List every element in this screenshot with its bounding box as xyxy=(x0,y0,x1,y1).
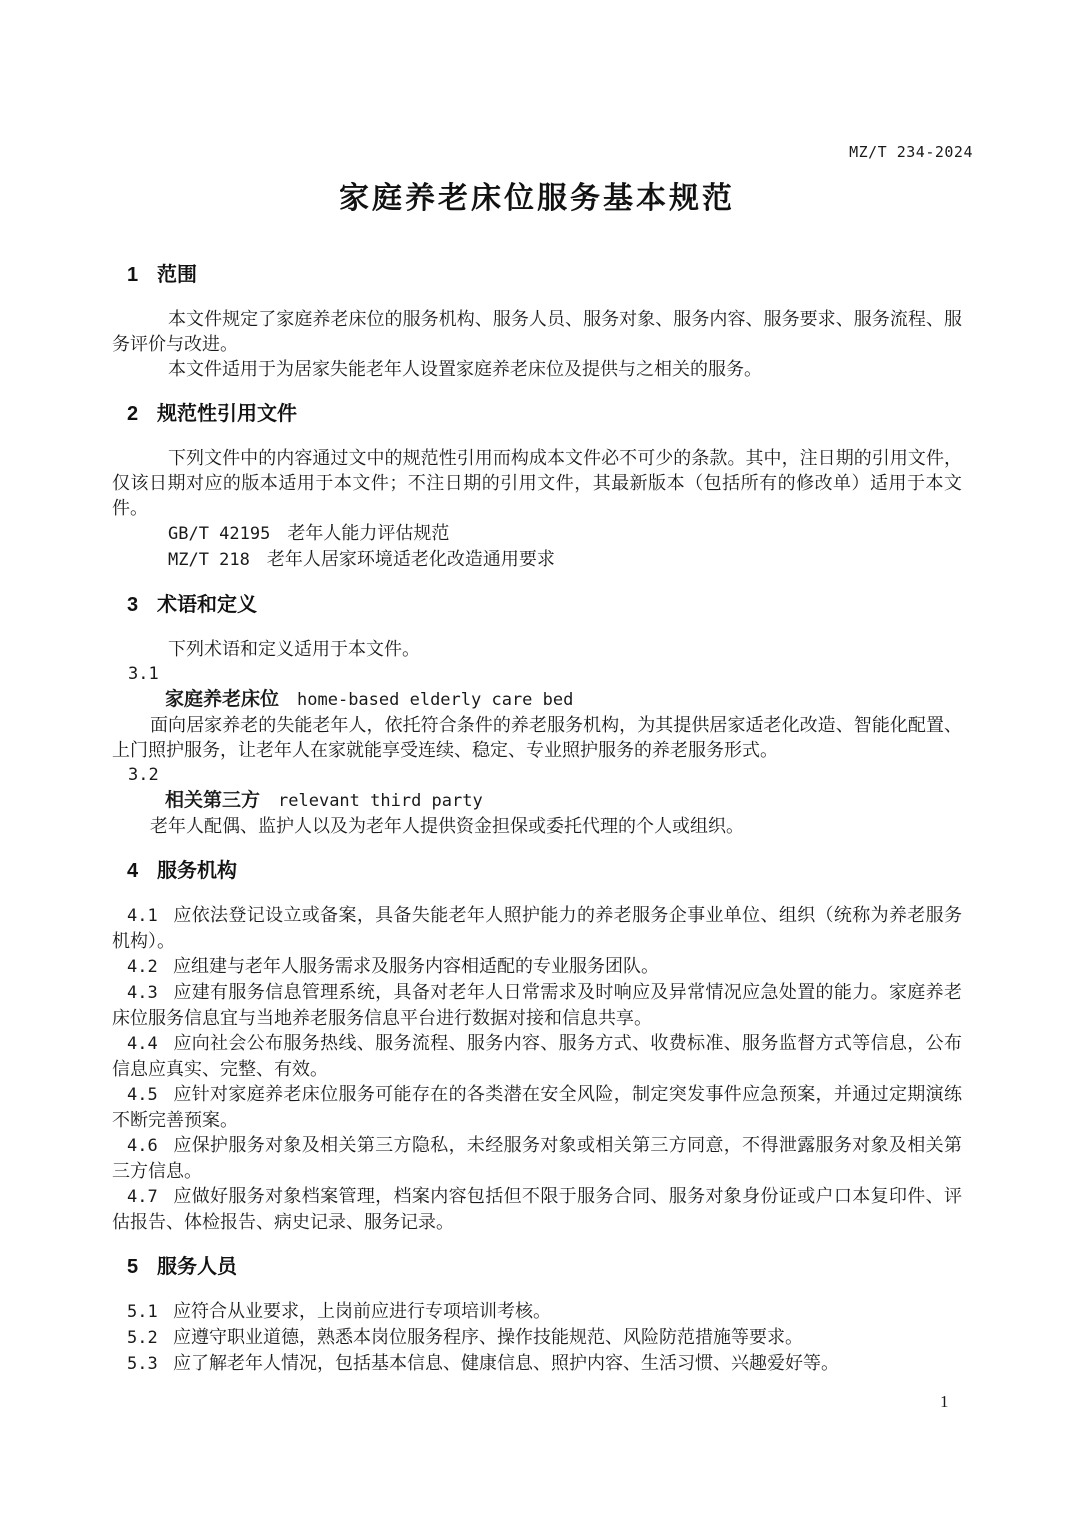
section-2-paragraph-1: 下列文件中的内容通过文中的规范性引用而构成本文件必不可少的条款。其中，注日期的引… xyxy=(112,446,962,521)
reference-code: GB/T 42195 xyxy=(168,524,270,544)
section-2-title: 规范性引用文件 xyxy=(157,403,297,425)
section-2-heading: 2规范性引用文件 xyxy=(112,401,962,427)
reference-title: 老年人居家环境适老化改造通用要求 xyxy=(267,549,555,569)
normative-reference: MZ/T 218老年人居家环境适老化改造通用要求 xyxy=(112,547,962,573)
term-1: 家庭养老床位home-based elderly care bed xyxy=(112,687,962,713)
section-3-title: 术语和定义 xyxy=(157,594,257,616)
clause-text: 应向社会公布服务热线、服务流程、服务内容、服务方式、收费标准、服务监督方式等信息… xyxy=(112,1033,962,1079)
reference-title: 老年人能力评估规范 xyxy=(287,523,449,543)
clause-number: 4.2 xyxy=(112,955,173,980)
section-5-heading: 5服务人员 xyxy=(112,1254,962,1280)
section-1-title: 范围 xyxy=(157,264,197,286)
section-3-heading: 3术语和定义 xyxy=(112,592,962,618)
clause-5-3: 5.3应了解老年人情况，包括基本信息、健康信息、照护内容、生活习惯、兴趣爱好等。 xyxy=(112,1351,962,1377)
clause-text: 应保护服务对象及相关第三方隐私，未经服务对象或相关第三方同意，不得泄露服务对象及… xyxy=(112,1135,962,1181)
section-5-number: 5 xyxy=(112,1254,157,1280)
section-4-heading: 4服务机构 xyxy=(112,858,962,884)
doc-title: 家庭养老床位服务基本规范 xyxy=(0,173,1074,217)
doc-number: MZ/T 234-2024 xyxy=(849,143,973,161)
clause-text: 应做好服务对象档案管理，档案内容包括但不限于服务合同、服务对象身份证或户口本复印… xyxy=(112,1186,962,1232)
term-2-definition: 老年人配偶、监护人以及为老年人提供资金担保或委托代理的个人或组织。 xyxy=(112,814,962,839)
clause-number: 4.7 xyxy=(112,1185,173,1210)
clause-text: 应组建与老年人服务需求及服务内容相适配的专业服务团队。 xyxy=(173,956,659,976)
clause-4-1: 4.1应依法登记设立或备案，具备失能老年人照护能力的养老服务企事业单位、组织（统… xyxy=(112,903,962,954)
section-5-title: 服务人员 xyxy=(157,1256,237,1278)
clause-number: 5.2 xyxy=(112,1326,173,1351)
term-2: 相关第三方relevant third party xyxy=(112,788,962,814)
term-1-en: home-based elderly care bed xyxy=(297,690,573,710)
term-2-number: 3.2 xyxy=(112,763,962,788)
clause-4-2: 4.2应组建与老年人服务需求及服务内容相适配的专业服务团队。 xyxy=(112,954,962,980)
document-page: MZ/T 234-2024 家庭养老床位服务基本规范 1范围 本文件规定了家庭养… xyxy=(0,0,1074,1520)
term-2-zh: 相关第三方 xyxy=(165,790,260,811)
clause-number: 4.5 xyxy=(112,1083,173,1108)
term-1-number: 3.1 xyxy=(112,662,962,687)
clause-4-5: 4.5应针对家庭养老床位服务可能存在的各类潜在安全风险，制定突发事件应急预案，并… xyxy=(112,1082,962,1133)
clause-number: 4.6 xyxy=(112,1134,173,1159)
section-1-number: 1 xyxy=(112,262,157,288)
section-4-number: 4 xyxy=(112,858,157,884)
section-3-number: 3 xyxy=(112,592,157,618)
clause-4-4: 4.4应向社会公布服务热线、服务流程、服务内容、服务方式、收费标准、服务监督方式… xyxy=(112,1031,962,1082)
term-1-zh: 家庭养老床位 xyxy=(165,689,279,710)
clause-5-2: 5.2应遵守职业道德，熟悉本岗位服务程序、操作技能规范、风险防范措施等要求。 xyxy=(112,1325,962,1351)
clause-4-6: 4.6应保护服务对象及相关第三方隐私，未经服务对象或相关第三方同意，不得泄露服务… xyxy=(112,1133,962,1184)
section-1-paragraph-1: 本文件规定了家庭养老床位的服务机构、服务人员、服务对象、服务内容、服务要求、服务… xyxy=(112,307,962,357)
reference-code: MZ/T 218 xyxy=(168,550,250,570)
clause-number: 4.1 xyxy=(112,904,173,929)
section-1-heading: 1范围 xyxy=(112,262,962,288)
normative-reference: GB/T 42195老年人能力评估规范 xyxy=(112,521,962,547)
clause-text: 应依法登记设立或备案，具备失能老年人照护能力的养老服务企事业单位、组织（统称为养… xyxy=(112,905,962,951)
clause-text: 应了解老年人情况，包括基本信息、健康信息、照护内容、生活习惯、兴趣爱好等。 xyxy=(173,1353,839,1373)
section-1-paragraph-2: 本文件适用于为居家失能老年人设置家庭养老床位及提供与之相关的服务。 xyxy=(112,357,962,382)
clause-number: 5.3 xyxy=(112,1352,173,1377)
clause-5-1: 5.1应符合从业要求，上岗前应进行专项培训考核。 xyxy=(112,1299,962,1325)
clause-text: 应针对家庭养老床位服务可能存在的各类潜在安全风险，制定突发事件应急预案，并通过定… xyxy=(112,1084,962,1130)
clause-number: 4.4 xyxy=(112,1032,173,1057)
section-2-number: 2 xyxy=(112,401,157,427)
term-2-en: relevant third party xyxy=(278,791,483,811)
clause-number: 4.3 xyxy=(112,981,173,1006)
clause-text: 应符合从业要求，上岗前应进行专项培训考核。 xyxy=(173,1301,551,1321)
terms-intro: 下列术语和定义适用于本文件。 xyxy=(112,637,962,662)
term-1-definition: 面向居家养老的失能老年人，依托符合条件的养老服务机构，为其提供居家适老化改造、智… xyxy=(112,713,962,763)
clause-4-7: 4.7应做好服务对象档案管理，档案内容包括但不限于服务合同、服务对象身份证或户口… xyxy=(112,1184,962,1235)
clause-number: 5.1 xyxy=(112,1300,173,1325)
document-body: 1范围 本文件规定了家庭养老床位的服务机构、服务人员、服务对象、服务内容、服务要… xyxy=(112,262,962,1377)
clause-text: 应建有服务信息管理系统，具备对老年人日常需求及时响应及异常情况应急处置的能力。家… xyxy=(112,982,962,1028)
page-number: 1 xyxy=(940,1392,949,1412)
section-4-title: 服务机构 xyxy=(157,860,237,882)
clause-4-3: 4.3应建有服务信息管理系统，具备对老年人日常需求及时响应及异常情况应急处置的能… xyxy=(112,980,962,1031)
clause-text: 应遵守职业道德，熟悉本岗位服务程序、操作技能规范、风险防范措施等要求。 xyxy=(173,1327,803,1347)
